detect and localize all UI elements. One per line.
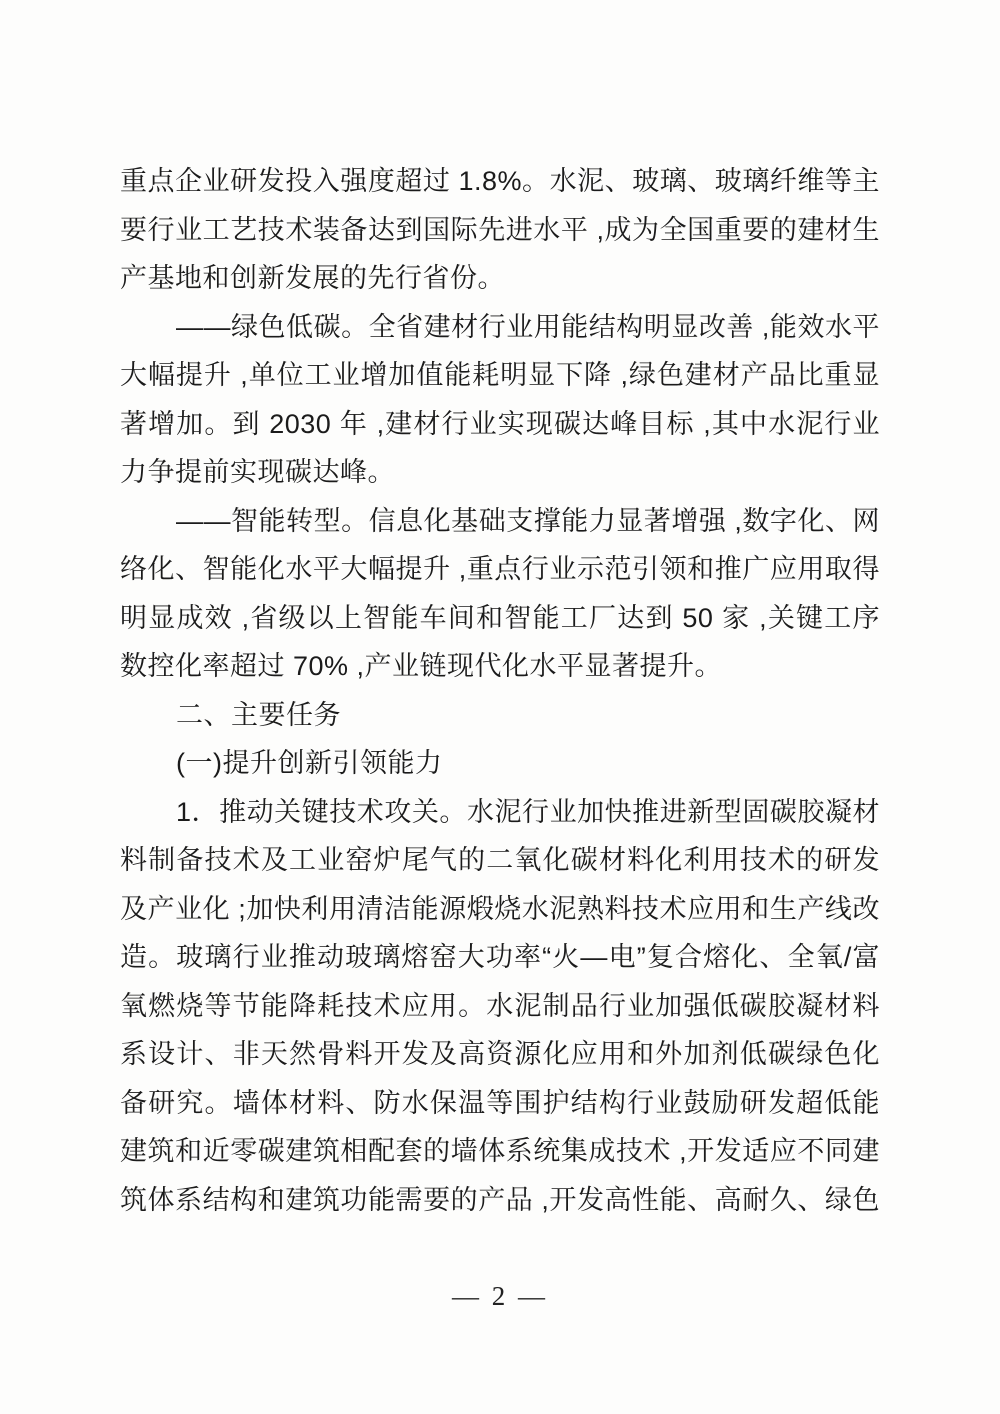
- text-line: 著增加。到 2030 年 ,建材行业实现碳达峰目标 ,其中水泥行业: [120, 400, 880, 449]
- text-line: 料制备技术及工业窑炉尾气的二氧化碳材料化利用技术的研发: [120, 836, 880, 885]
- document-body: 重点企业研发投入强度超过 1.8%。水泥、玻璃、玻璃纤维等主要行业工艺技术装备达…: [120, 157, 880, 1224]
- text-line: 络化、智能化水平大幅提升 ,重点行业示范引领和推广应用取得: [120, 545, 880, 594]
- text-line: 力争提前实现碳达峰。: [120, 448, 880, 497]
- text-line: 明显成效 ,省级以上智能车间和智能工厂达到 50 家 ,关键工序: [120, 594, 880, 643]
- text-line: 造。玻璃行业推动玻璃熔窑大功率“火—电”复合熔化、全氧/富: [120, 933, 880, 982]
- text-line: 重点企业研发投入强度超过 1.8%。水泥、玻璃、玻璃纤维等主: [120, 157, 880, 206]
- text-line: 建筑和近零碳建筑相配套的墙体系统集成技术 ,开发适应不同建: [120, 1127, 880, 1176]
- text-line: 产基地和创新发展的先行省份。: [120, 254, 880, 303]
- text-line: 要行业工艺技术装备达到国际先进水平 ,成为全国重要的建材生: [120, 206, 880, 255]
- heading-line: (一)提升创新引领能力: [120, 739, 880, 788]
- text-line: 系设计、非天然骨料开发及高资源化应用和外加剂低碳绿色化制: [120, 1030, 880, 1079]
- text-line: 1．推动关键技术攻关。水泥行业加快推进新型固碳胶凝材: [120, 788, 880, 837]
- text-line: ——智能转型。信息化基础支撑能力显著增强 ,数字化、网: [120, 497, 880, 546]
- text-line: 数控化率超过 70% ,产业链现代化水平显著提升。: [120, 642, 880, 691]
- text-line: 筑体系结构和建筑功能需要的产品 ,开发高性能、高耐久、绿色: [120, 1176, 880, 1225]
- text-line: 大幅提升 ,单位工业增加值能耗明显下降 ,绿色建材产品比重显: [120, 351, 880, 400]
- text-line: 及产业化 ;加快利用清洁能源煅烧水泥熟料技术应用和生产线改: [120, 885, 880, 934]
- heading-line: 二、主要任务: [120, 691, 880, 740]
- document-page: 重点企业研发投入强度超过 1.8%。水泥、玻璃、玻璃纤维等主要行业工艺技术装备达…: [0, 0, 1000, 1414]
- text-line: 氧燃烧等节能降耗技术应用。水泥制品行业加强低碳胶凝材料体: [120, 982, 880, 1031]
- text-line: 备研究。墙体材料、防水保温等围护结构行业鼓励研发超低能耗: [120, 1079, 880, 1128]
- text-line: ——绿色低碳。全省建材行业用能结构明显改善 ,能效水平: [120, 303, 880, 352]
- page-number: — 2 —: [0, 1276, 1000, 1316]
